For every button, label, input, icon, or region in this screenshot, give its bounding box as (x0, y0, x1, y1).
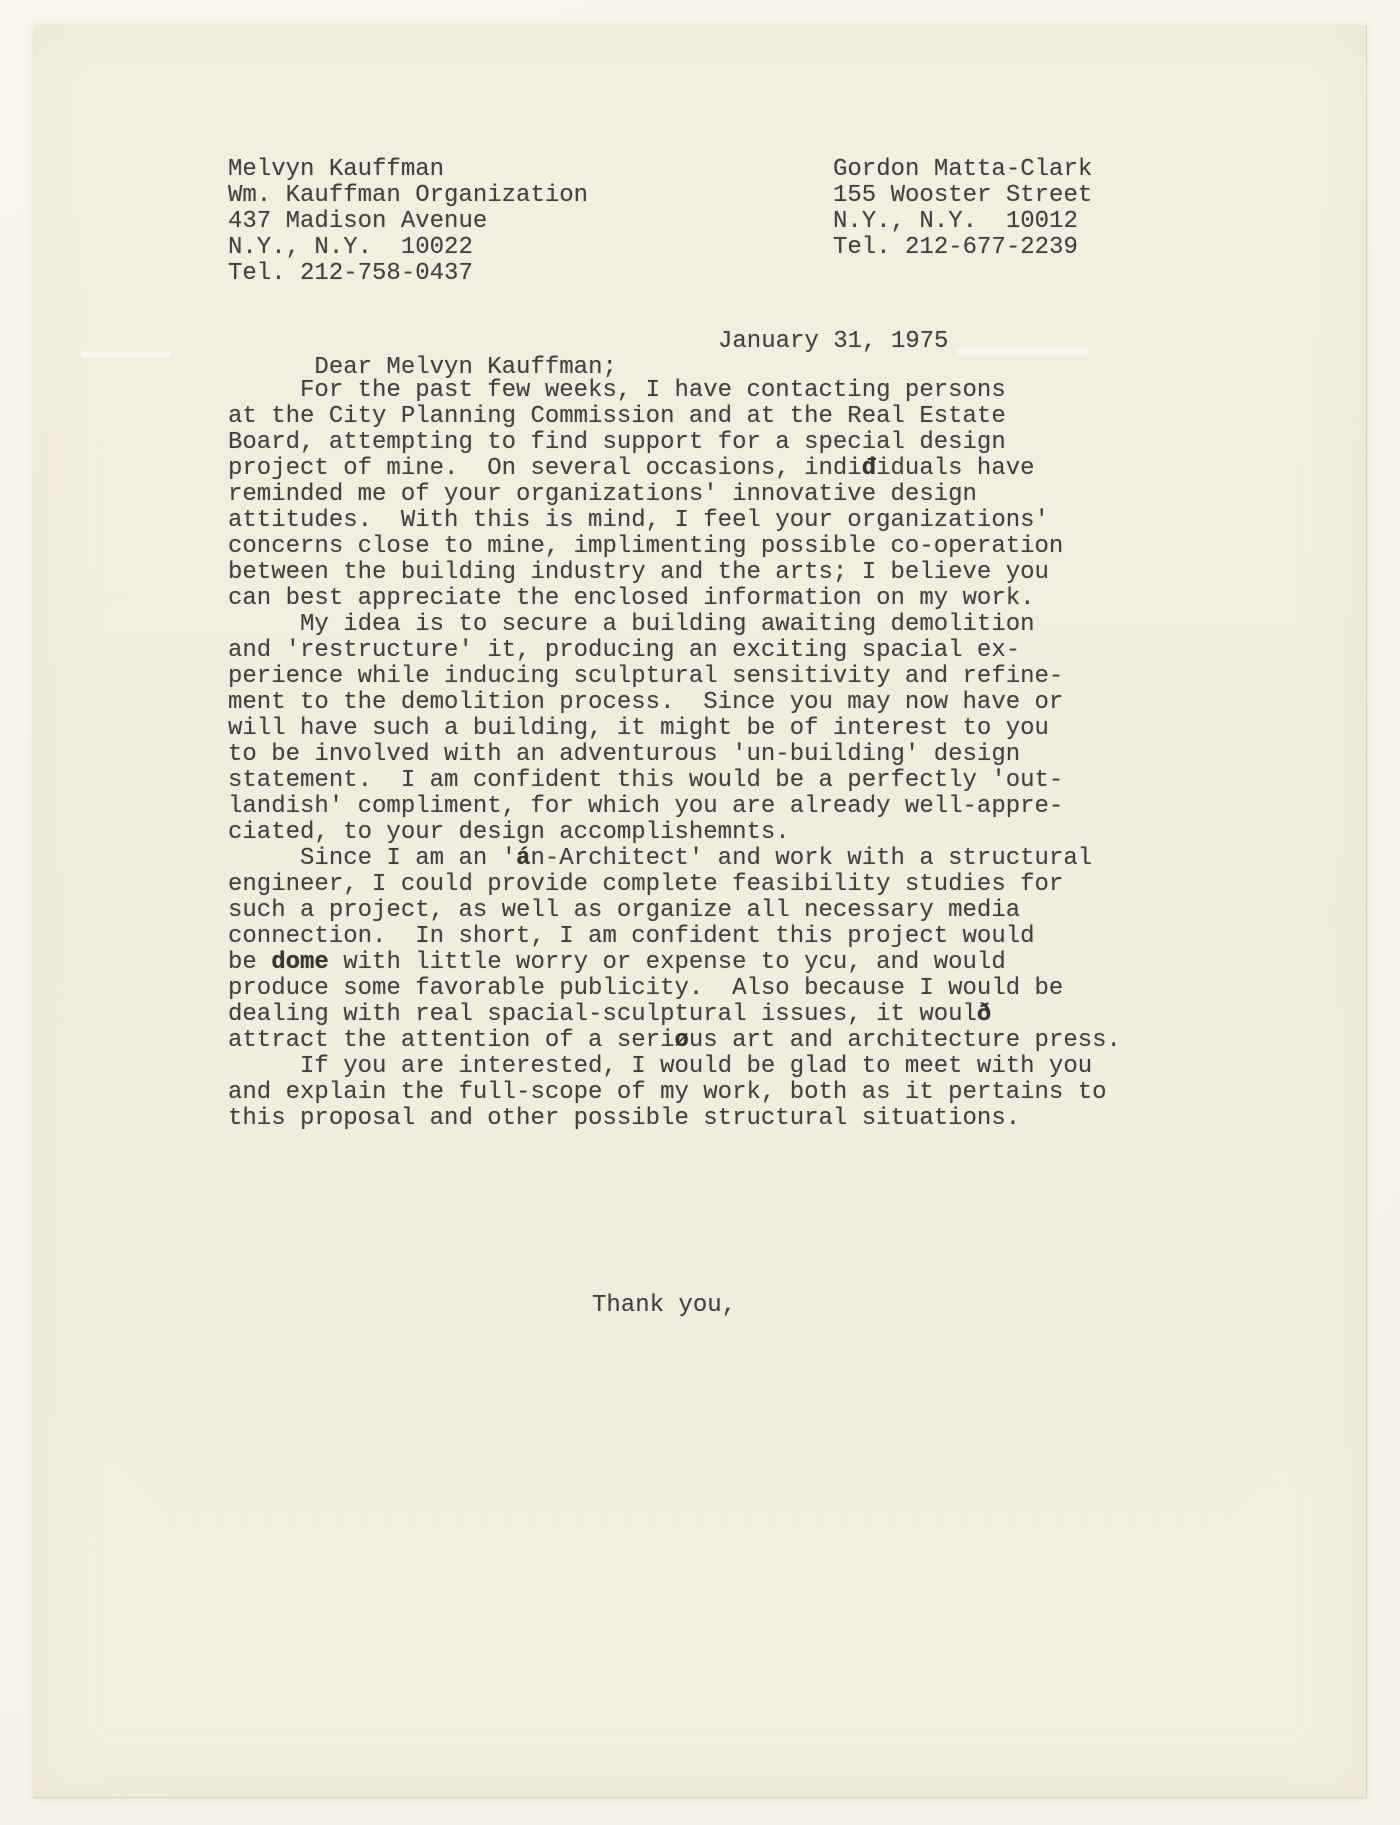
body-line: dealing with real spacial-sculptural iss… (228, 1002, 1121, 1028)
fold-mark-left (81, 352, 171, 357)
body-line: concerns close to mine, implimenting pos… (228, 534, 1121, 560)
body-line: will have such a building, it might be o… (228, 716, 1121, 742)
closing: Thank you, (592, 1293, 736, 1319)
address-line: 437 Madison Avenue (228, 209, 588, 235)
body-line: be dome with little worry or expense to … (228, 950, 1121, 976)
body-line: connection. In short, I am confident thi… (228, 924, 1121, 950)
body-line: If you are interested, I would be glad t… (228, 1054, 1121, 1080)
body-line: produce some favorable publicity. Also b… (228, 976, 1121, 1002)
address-line: Tel. 212-758-0437 (228, 261, 588, 287)
body-line: ment to the demolition process. Since yo… (228, 690, 1121, 716)
body-line: and explain the full-scope of my work, b… (228, 1080, 1121, 1106)
address-line: Melvyn Kauffman (228, 157, 588, 183)
body-line: attract the attention of a seriøus art a… (228, 1028, 1121, 1054)
address-line: N.Y., N.Y. 10022 (228, 235, 588, 261)
sender-address-block: Gordon Matta-Clark155 Wooster StreetN.Y.… (833, 157, 1092, 261)
body-line: project of mine. On several occasions, i… (228, 456, 1121, 482)
address-line: Gordon Matta-Clark (833, 157, 1092, 183)
body-line: to be involved with an adventurous 'un-b… (228, 742, 1121, 768)
body-line: this proposal and other possible structu… (228, 1106, 1121, 1132)
date: January 31, 1975 (718, 329, 948, 355)
body-line: My idea is to secure a building awaiting… (228, 612, 1121, 638)
recipient-address-block: Melvyn KauffmanWm. Kauffman Organization… (228, 157, 588, 287)
address-line: Wm. Kauffman Organization (228, 183, 588, 209)
body-line: can best appreciate the enclosed informa… (228, 586, 1121, 612)
body-line: between the building industry and the ar… (228, 560, 1121, 586)
body-line: such a project, as well as organize all … (228, 898, 1121, 924)
letter-paper: Melvyn KauffmanWm. Kauffman Organization… (33, 25, 1367, 1798)
body-line: reminded me of your organizations' innov… (228, 482, 1121, 508)
body-line: Board, attempting to find support for a … (228, 430, 1121, 456)
scan-background: Melvyn KauffmanWm. Kauffman Organization… (0, 0, 1400, 1825)
body-line: perience while inducing sculptural sensi… (228, 664, 1121, 690)
body-line: landish' compliment, for which you are a… (228, 794, 1121, 820)
body-line: at the City Planning Commission and at t… (228, 404, 1121, 430)
address-line: Tel. 212-677-2239 (833, 235, 1092, 261)
body-line: and 'restructure' it, producing an excit… (228, 638, 1121, 664)
body-line: ciated, to your design accomplishemnts. (228, 820, 1121, 846)
body-line: For the past few weeks, I have contactin… (228, 378, 1121, 404)
body-line: statement. I am confident this would be … (228, 768, 1121, 794)
body-line: Since I am an 'án-Architect' and work wi… (228, 846, 1121, 872)
letter-body: For the past few weeks, I have contactin… (228, 378, 1121, 1132)
body-line: engineer, I could provide complete feasi… (228, 872, 1121, 898)
body-line: attitudes. With this is mind, I feel you… (228, 508, 1121, 534)
address-line: N.Y., N.Y. 10012 (833, 209, 1092, 235)
address-line: 155 Wooster Street (833, 183, 1092, 209)
